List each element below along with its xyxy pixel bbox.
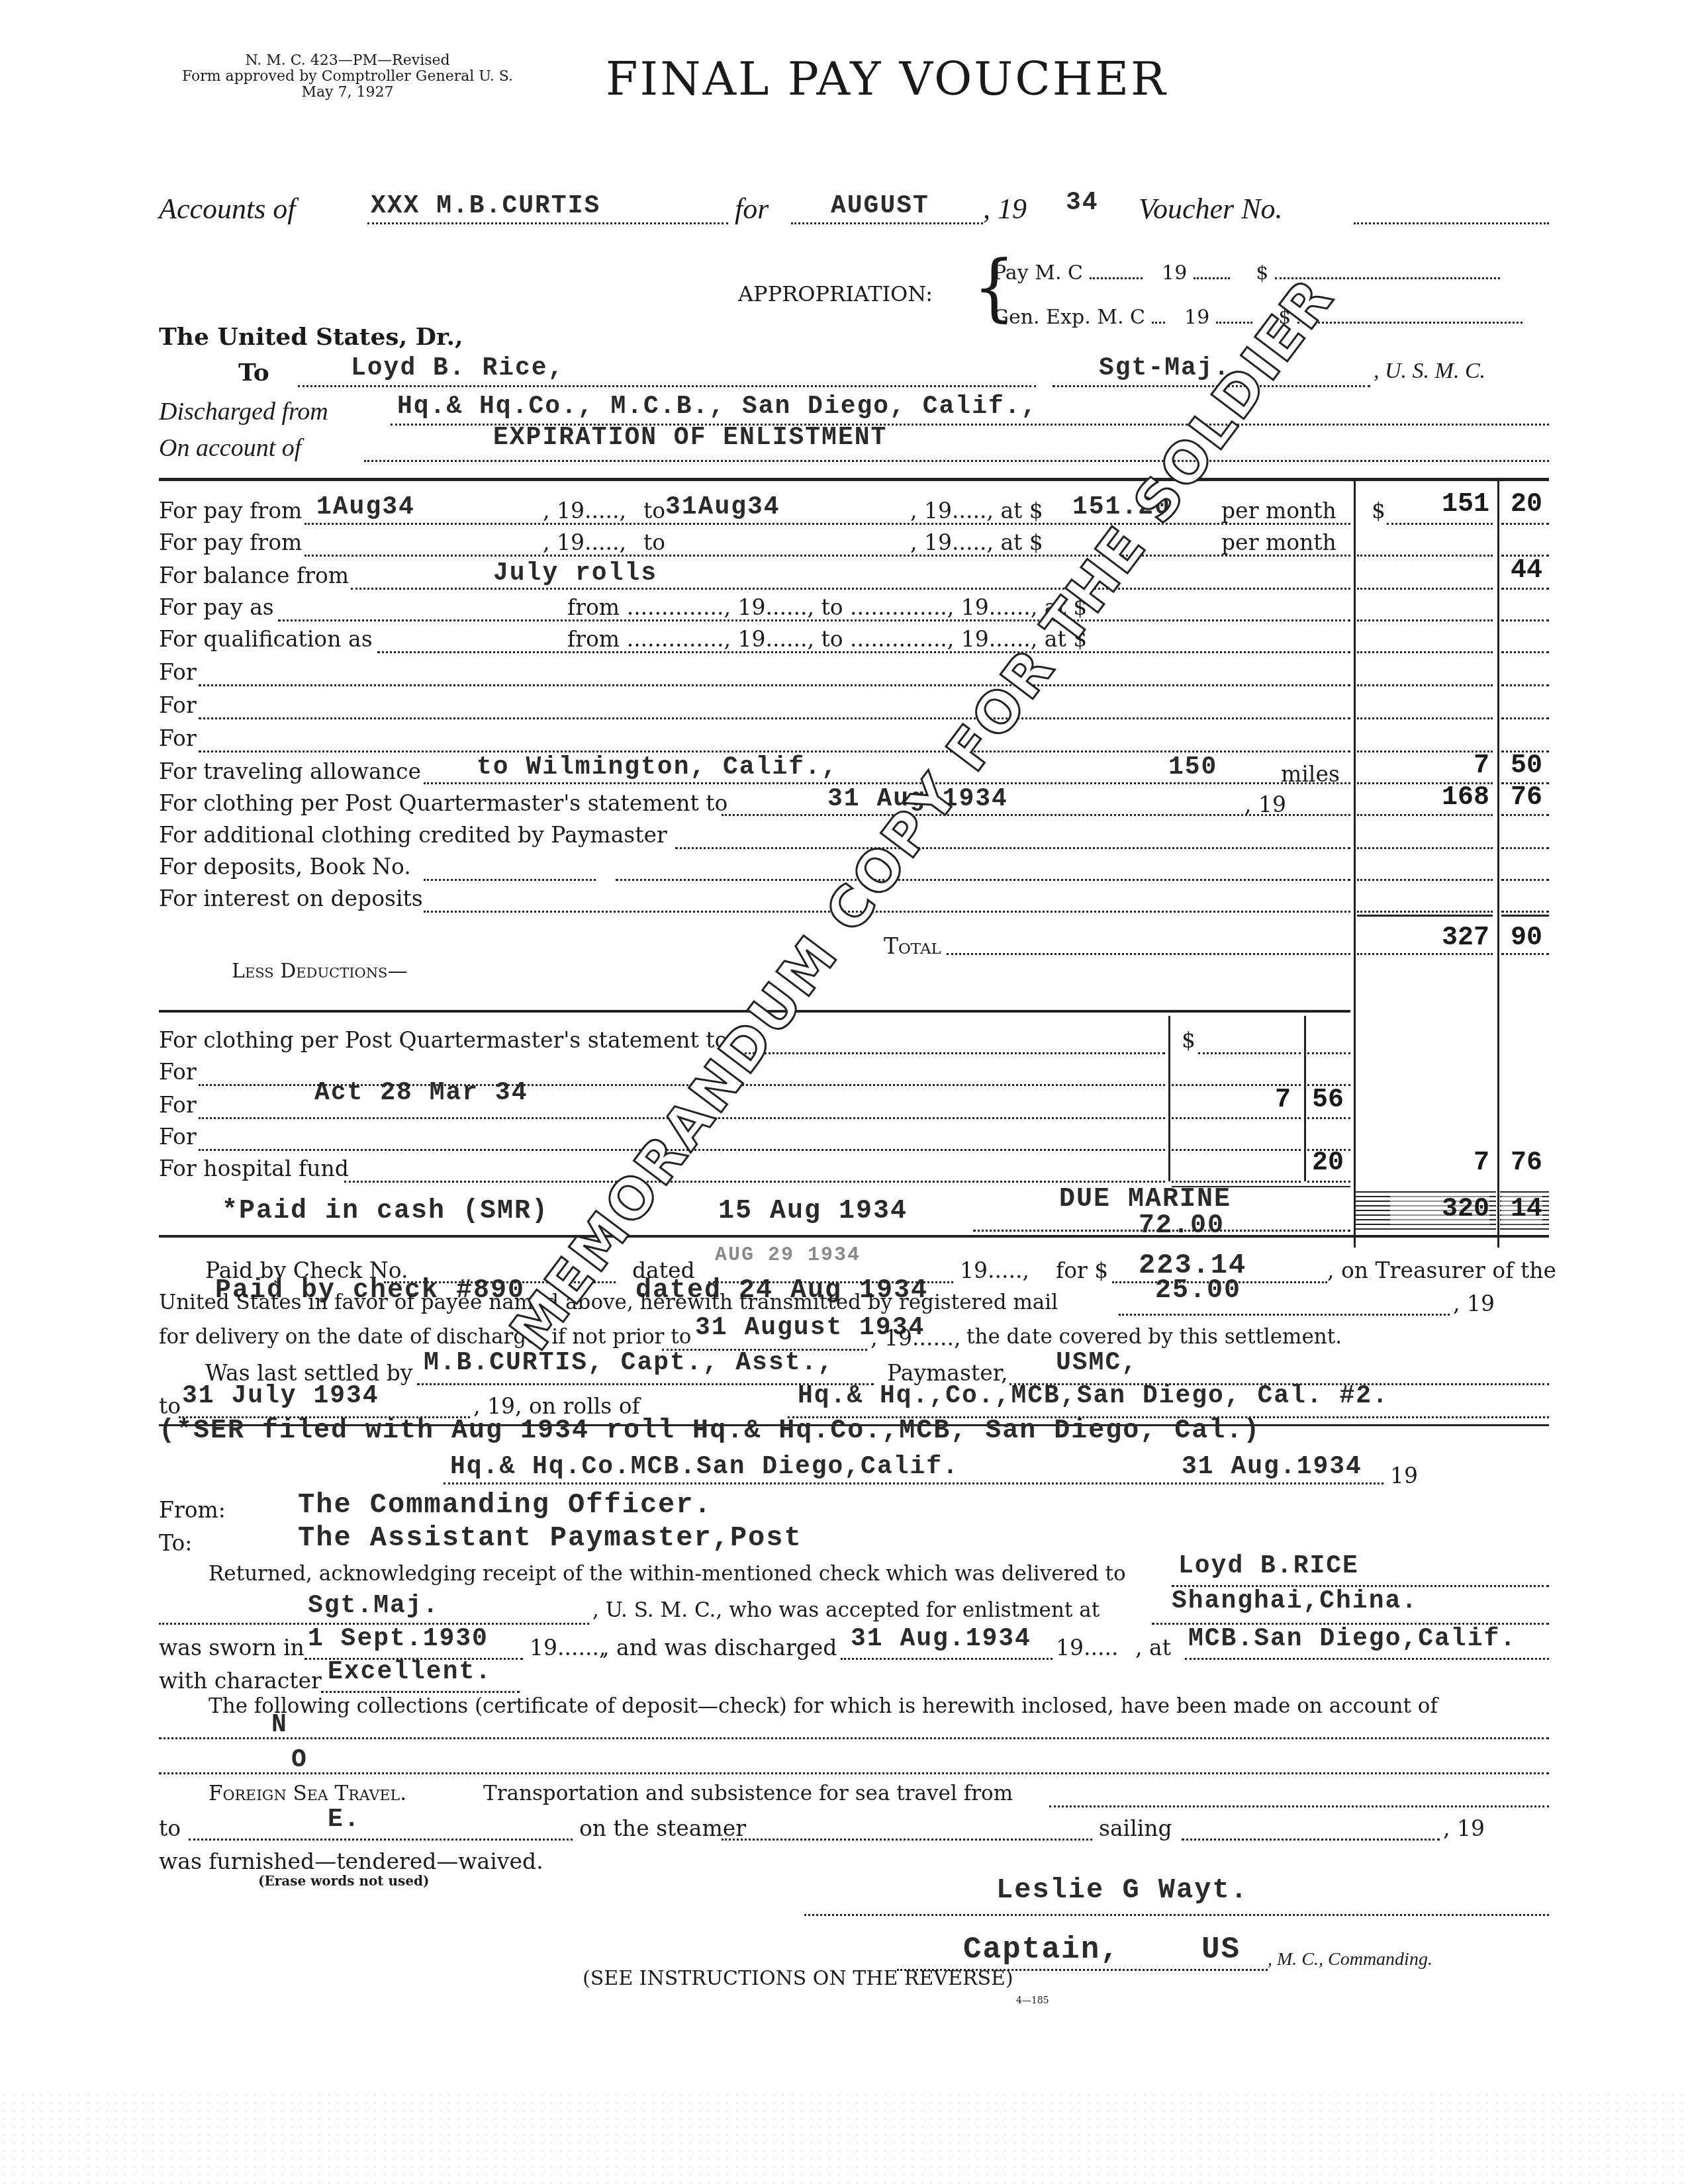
discharged-from-value[interactable]: Hq.& Hq.Co., M.C.B., San Diego, Calif., [397, 392, 1037, 421]
on-account-of-value[interactable]: EXPIRATION OF ENLISTMENT [493, 424, 887, 452]
credit-row-label: For pay as [159, 594, 274, 620]
accounts-of-value[interactable]: XXX M.B.CURTIS [371, 192, 600, 220]
paid-cash-note: *Paid in cash (SMR) [222, 1197, 549, 1226]
year-value[interactable]: 34 [1066, 189, 1099, 217]
deduction-description[interactable]: Act 28 Mar 34 [314, 1079, 528, 1107]
print-code: 4—185 [1016, 1995, 1049, 2006]
scan-noise [0, 2091, 1688, 2184]
sea-travel-to-value[interactable]: E. [328, 1805, 361, 1834]
place-value[interactable]: Hq.& Hq.Co.MCB.San Diego,Calif. [450, 1453, 959, 1481]
pay-to-date[interactable]: 31Aug34 [665, 493, 780, 522]
voucher-no-label: Voucher No. [1139, 192, 1283, 226]
credit-dollars: 7 [1390, 751, 1489, 781]
returned-text: Returned, acknowledging receipt of the w… [209, 1562, 1126, 1586]
to-label: To [238, 359, 269, 387]
due-marine-note: DUE MARINE [1059, 1185, 1231, 1214]
deduction-cents: 20 [1307, 1148, 1344, 1178]
sailing-label: sailing [1099, 1815, 1172, 1841]
discharged-label: , and was discharged [602, 1635, 837, 1661]
service-usmc: , U. S. M. C. [1374, 359, 1485, 384]
place-date[interactable]: 31 Aug.1934 [1182, 1453, 1362, 1481]
typed-amount-2: 25.00 [1155, 1276, 1241, 1306]
steamer-label: on the steamer [579, 1815, 746, 1841]
traveling-miles[interactable]: 150 [1168, 753, 1217, 782]
balance-dollars: 320 [1390, 1195, 1489, 1224]
total-label: Total [884, 933, 941, 959]
page-title: FINAL PAY VOUCHER [606, 52, 1168, 106]
dollar-sign: $ [1372, 498, 1385, 523]
to-label: to [159, 1815, 181, 1841]
pay-from-date[interactable]: 1Aug34 [316, 493, 415, 522]
payee-name[interactable]: Loyd B. Rice, [351, 354, 564, 383]
credit-row-label: For clothing per Post Quartermaster's st… [159, 790, 727, 816]
at-label: , at [1135, 1635, 1171, 1661]
to-label: to [643, 529, 665, 555]
from-value: The Commanding Officer. [298, 1489, 712, 1521]
appropriation-pay-mc: Pay M. C 19 $ [993, 261, 1500, 285]
deductions-total-dollars: 7 [1390, 1148, 1489, 1178]
foreign-sea-travel-heading: Foreign Sea Travel. [209, 1782, 406, 1805]
signature-service[interactable]: US [1201, 1933, 1241, 1967]
to-label: to [159, 1393, 181, 1419]
united-states-dr: The United States, Dr., [159, 323, 463, 351]
delivered-to-value[interactable]: Loyd B.RICE [1178, 1552, 1359, 1580]
paymaster-value[interactable]: USMC, [1056, 1349, 1138, 1377]
credit-row-label: For qualification as [159, 626, 373, 652]
balance-from-value[interactable]: July rolls [493, 559, 657, 588]
date-covered-text: the date covered by this settlement. [966, 1325, 1342, 1349]
deduction-row-label: For [159, 1124, 197, 1150]
from-label: From: [159, 1497, 226, 1523]
usmc-accepted-text: , U. S. M. C., who was accepted for enli… [592, 1598, 1100, 1622]
form-approved: Form approved by Comptroller General U. … [132, 69, 563, 85]
signature-rank[interactable]: Captain, [963, 1933, 1120, 1967]
deduction-row-label: For [159, 1092, 197, 1118]
credit-row-label: For interest on deposits [159, 886, 423, 911]
credit-cents: 50 [1501, 751, 1542, 781]
year-label: , 19....., [543, 498, 626, 523]
discharged-at-value[interactable]: MCB.San Diego,Calif. [1188, 1625, 1517, 1653]
credit-row-label: For traveling allowance [159, 758, 421, 784]
deduction-dollars: 7 [1178, 1085, 1291, 1115]
form-date: May 7, 1927 [132, 85, 563, 101]
credit-row-label: For pay from [159, 498, 302, 523]
received-stamp: AUG 29 1934 [715, 1244, 861, 1267]
enlisted-at-value[interactable]: Shanghai,China. [1172, 1587, 1418, 1615]
character-label: with character [159, 1668, 322, 1694]
memo-rank-value[interactable]: Sgt.Maj. [308, 1592, 439, 1620]
from-label: from .............., 19......, to ......… [567, 594, 1087, 620]
for-amount-label: for $ [1056, 1257, 1108, 1283]
signature[interactable]: Leslie G Wayt. [996, 1874, 1248, 1906]
registered-mail-text: United States in favor of payee named ab… [159, 1291, 1058, 1314]
appropriation-label: APPROPRIATION: [738, 281, 933, 306]
on-account-of-label: On account of [159, 433, 301, 463]
on-rolls-value[interactable]: Hq.& Hq.,Co.,MCB,San Diego, Cal. #2. [798, 1382, 1389, 1410]
collections-line-2[interactable]: O [291, 1746, 308, 1774]
credit-row-label: For balance from [159, 563, 349, 588]
credit-row-label: For additional clothing credited by Paym… [159, 822, 667, 848]
total-dollars: 327 [1390, 923, 1489, 953]
deduction-cents: 56 [1307, 1085, 1344, 1115]
deduction-row-label: For [159, 1059, 197, 1085]
year-label: 19 [1390, 1463, 1418, 1488]
year-label: , 19....., at $ [910, 529, 1043, 555]
credit-cents: 44 [1501, 556, 1542, 586]
form-header-meta: N. M. C. 423—PM—Revised Form approved by… [132, 53, 563, 101]
collections-text: The following collections (certificate o… [209, 1694, 1438, 1718]
year-label: 19....., [960, 1257, 1029, 1283]
commanding-label: , M. C., Commanding. [1268, 1949, 1432, 1970]
dollar-sign: $ [1182, 1027, 1196, 1053]
balance-cents: 14 [1501, 1195, 1542, 1224]
year-label: , 19 [1443, 1815, 1485, 1841]
year-label: , 19....., [543, 529, 626, 555]
accounts-of-label: Accounts of [159, 192, 296, 226]
per-month-label: per month [1221, 529, 1336, 555]
last-settled-value[interactable]: M.B.CURTIS, Capt., Asst., [424, 1349, 834, 1377]
sworn-in-value[interactable]: 1 Sept.1930 [308, 1625, 489, 1653]
year-label: , 19 [1453, 1291, 1495, 1316]
deduction-row-label: For hospital fund [159, 1156, 349, 1181]
collections-line-1[interactable]: N [271, 1711, 288, 1739]
last-settled-to-date[interactable]: 31 July 1934 [182, 1382, 379, 1410]
deduction-row-label: For clothing per Post Quartermaster's st… [159, 1027, 727, 1053]
form-number: N. M. C. 423—PM—Revised [132, 53, 563, 69]
credit-row-label: For [159, 659, 197, 685]
year-prefix: , 19 [983, 192, 1027, 226]
for-label: for [735, 192, 769, 226]
to-value: The Assistant Paymaster,Post [298, 1522, 802, 1554]
erase-note: (Erase words not used) [258, 1873, 430, 1889]
credit-cents: 20 [1501, 490, 1542, 520]
year-label: 19......, [530, 1635, 606, 1661]
year-label: , 19......, [870, 1325, 961, 1351]
sea-travel-text: Transportation and subsistence for sea t… [483, 1782, 1013, 1805]
credit-dollars: 168 [1390, 783, 1489, 813]
discharged-value[interactable]: 31 Aug.1934 [851, 1625, 1031, 1653]
on-rolls-label: , 19, on rolls of [473, 1393, 640, 1419]
sworn-in-label: was sworn in [159, 1635, 305, 1661]
per-month-label: per month [1221, 498, 1336, 523]
total-cents: 90 [1501, 923, 1542, 953]
traveling-destination[interactable]: to Wilmington, Calif., [477, 753, 838, 782]
credit-row-label: For [159, 692, 197, 718]
year-label: , 19....., at $ [910, 498, 1043, 523]
credit-dollars: 151 [1390, 490, 1489, 520]
furnished-text: was furnished—tendered—waived. [159, 1848, 543, 1874]
deductions-total-cents: 76 [1501, 1148, 1542, 1178]
discharged-from-label: Discharged from [159, 397, 328, 426]
less-deductions-header: Less Deductions— [232, 960, 407, 983]
paid-cash-date: 15 Aug 1934 [718, 1197, 908, 1226]
month-value[interactable]: AUGUST [831, 192, 929, 220]
credit-cents: 76 [1501, 783, 1542, 813]
ser-note: (*SER filed with Aug 1934 roll Hq.& Hq.C… [159, 1416, 1260, 1446]
credit-row-label: For deposits, Book No. [159, 854, 411, 880]
on-treasurer-text: , on Treasurer of the [1327, 1257, 1556, 1283]
instructions-note: (SEE INSTRUCTIONS ON THE REVERSE) [583, 1967, 1013, 1990]
to-label: To: [159, 1530, 192, 1556]
year-label: 19..... [1056, 1635, 1118, 1661]
delivery-label: for delivery on the date of discharge, i… [159, 1325, 691, 1349]
to-label: to [643, 498, 665, 523]
credit-row-label: For pay from [159, 529, 302, 555]
credit-row-label: For [159, 725, 197, 751]
character-value[interactable]: Excellent. [328, 1658, 492, 1686]
